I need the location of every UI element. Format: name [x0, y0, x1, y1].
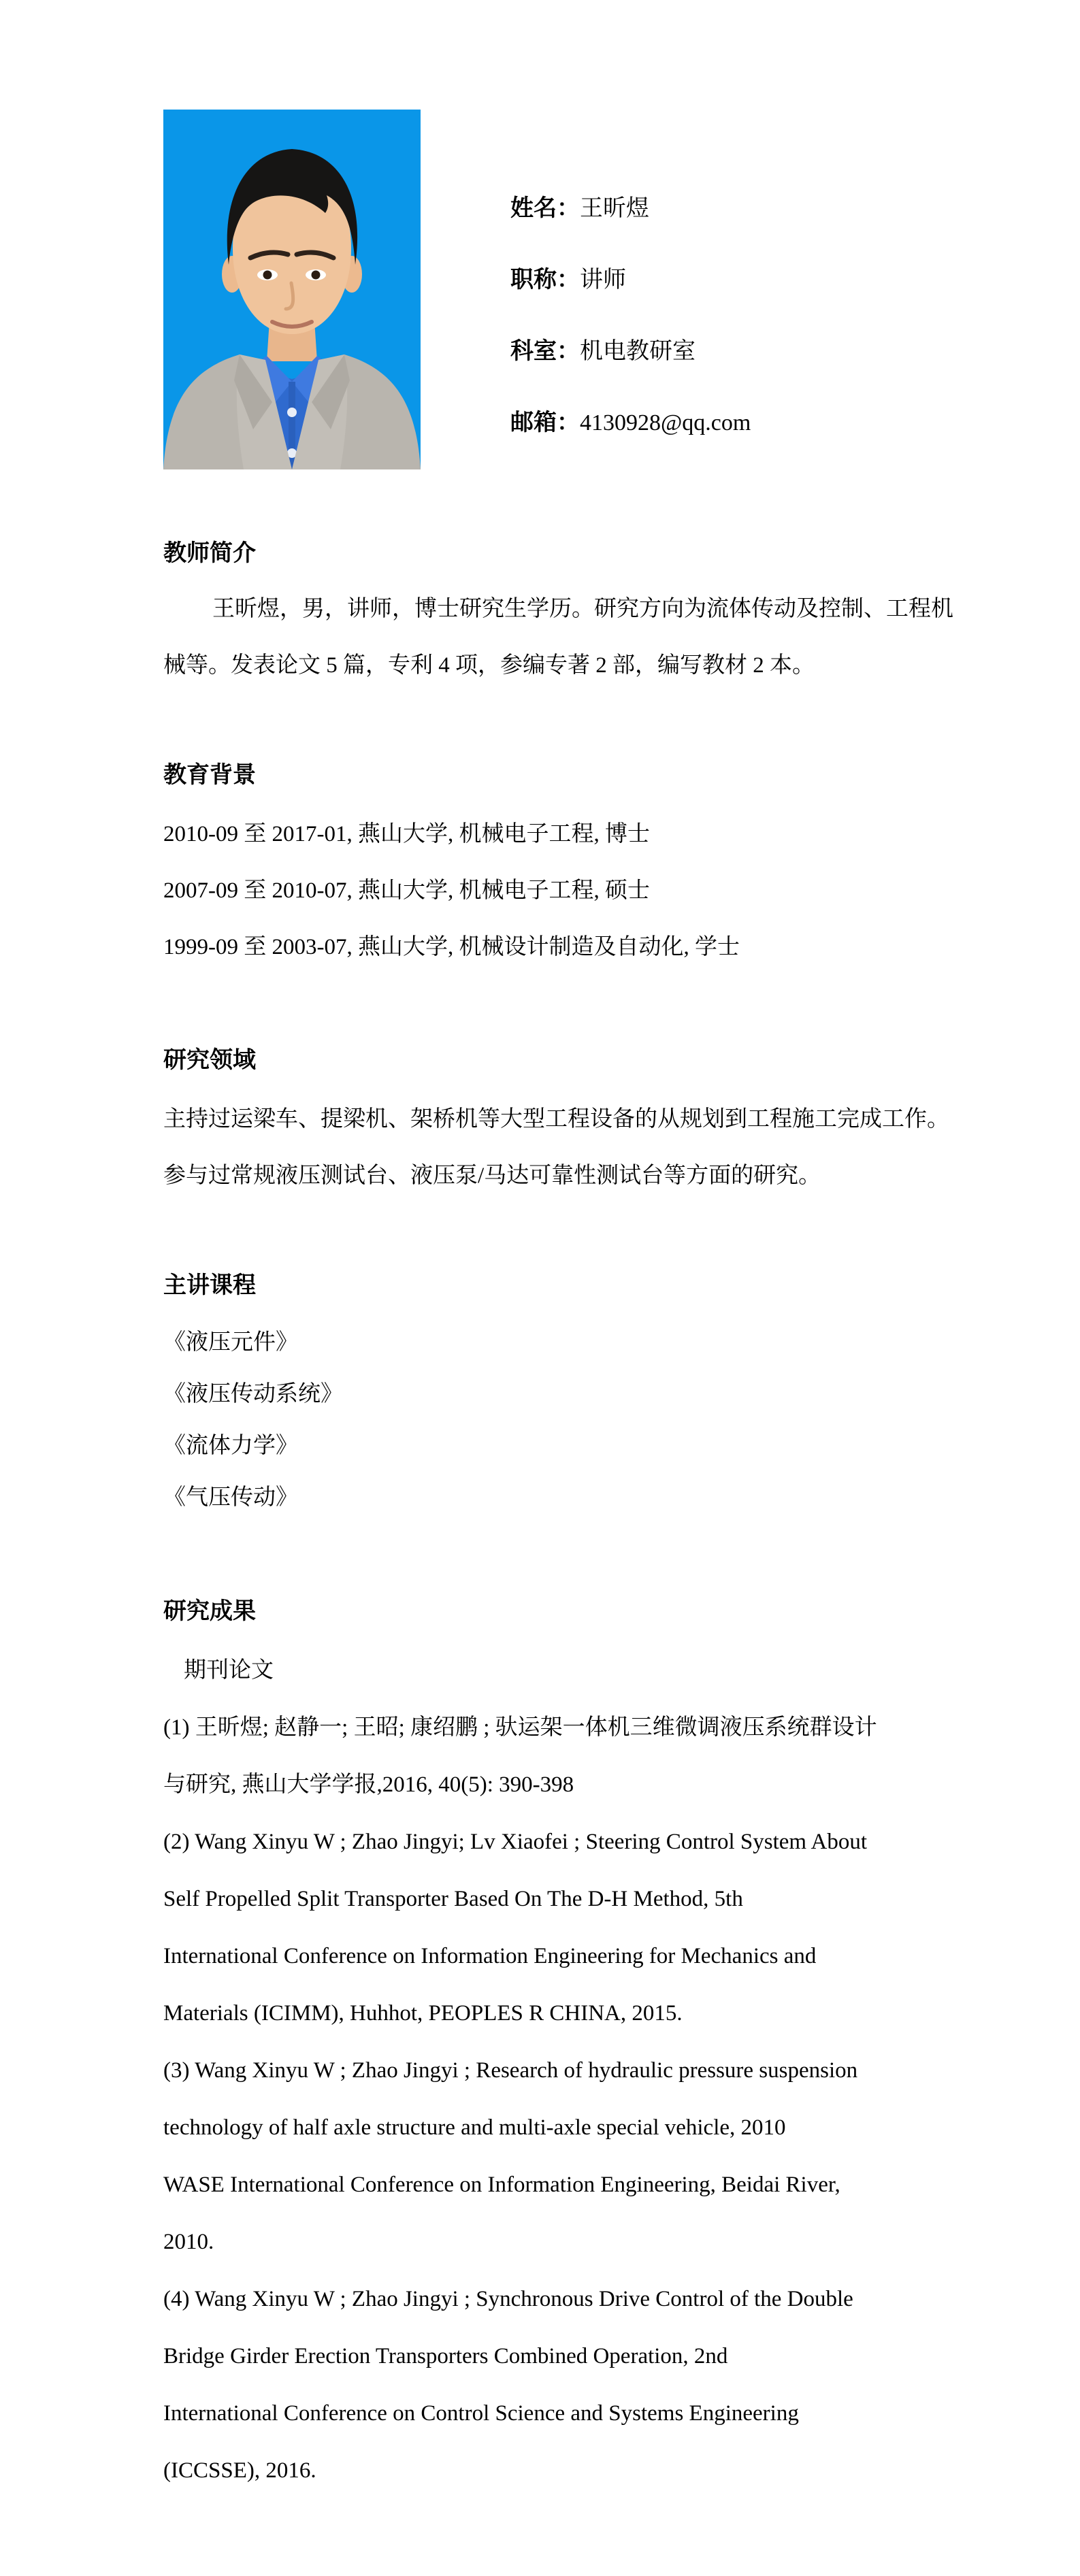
profile-sections: 教师简介 王昕煜，男，讲师，博士研究生学历。研究方向为流体传动及控制、工程机 械… — [163, 469, 932, 2499]
email-label: 邮箱： — [510, 410, 580, 435]
title-label: 职称： — [510, 267, 580, 293]
publication-line: technology of half axle structure and mu… — [163, 2099, 932, 2156]
research-line: 主持过运梁车、提梁机、架桥机等大型工程设备的从规划到工程施工完成工作。 — [163, 1091, 932, 1148]
education-list: 2010-09 至 2017-01, 燕山大学, 机械电子工程, 博士 2007… — [163, 806, 932, 976]
course-item: 《气压传动》 — [163, 1472, 932, 1523]
achievements-section-title: 研究成果 — [163, 1598, 932, 1625]
intro-paragraph: 王昕煜，男，讲师，博士研究生学历。研究方向为流体传动及控制、工程机 械等。发表论… — [163, 581, 932, 694]
publication-line: International Conference on Information … — [163, 1928, 932, 1985]
section-courses: 主讲课程 《液压元件》 《液压传动系统》 《流体力学》 《气压传动》 — [163, 1272, 932, 1523]
section-education: 教育背景 2010-09 至 2017-01, 燕山大学, 机械电子工程, 博士… — [163, 762, 932, 976]
department-label: 科室： — [510, 339, 580, 364]
faculty-profile-page: 姓名：王昕煜 职称：讲师 科室：机电教研室 邮箱：4130928@qq.com … — [0, 0, 1080, 2576]
intro-line: 王昕煜，男，讲师，博士研究生学历。研究方向为流体传动及控制、工程机 — [163, 581, 932, 638]
info-row-email: 邮箱：4130928@qq.com — [510, 410, 751, 437]
profile-header: 姓名：王昕煜 职称：讲师 科室：机电教研室 邮箱：4130928@qq.com — [163, 110, 751, 481]
publication-line: WASE International Conference on Informa… — [163, 2156, 932, 2213]
publication-line: (4) Wang Xinyu W ; Zhao Jingyi ; Synchro… — [163, 2270, 932, 2328]
title-value: 讲师 — [580, 267, 626, 293]
publication-line: Bridge Girder Erection Transporters Comb… — [163, 2328, 932, 2385]
education-section-title: 教育背景 — [163, 762, 932, 789]
section-research-areas: 研究领域 主持过运梁车、提梁机、架桥机等大型工程设备的从规划到工程施工完成工作。… — [163, 1047, 932, 1204]
name-value: 王昕煜 — [580, 196, 649, 221]
publication-line: 与研究, 燕山大学学报,2016, 40(5): 390-398 — [163, 1756, 932, 1813]
journal-papers-subtitle: 期刊论文 — [163, 1642, 932, 1699]
intro-section-title: 教师简介 — [163, 540, 932, 567]
research-section-title: 研究领域 — [163, 1047, 932, 1074]
education-item: 1999-09 至 2003-07, 燕山大学, 机械设计制造及自动化, 学士 — [163, 919, 932, 976]
publication-line: International Conference on Control Scie… — [163, 2385, 932, 2442]
portrait-photo — [163, 110, 421, 469]
publication-line: 2010. — [163, 2213, 932, 2270]
publication-line: (2) Wang Xinyu W ; Zhao Jingyi; Lv Xiaof… — [163, 1813, 932, 1870]
publication-line: (3) Wang Xinyu W ; Zhao Jingyi ; Researc… — [163, 2042, 932, 2099]
info-row-title: 职称：讲师 — [510, 267, 751, 294]
section-achievements: 研究成果 期刊论文 (1) 王昕煜; 赵静一; 王昭; 康绍鹏 ; 驮运架一体机… — [163, 1598, 932, 2499]
research-paragraphs: 主持过运梁车、提梁机、架桥机等大型工程设备的从规划到工程施工完成工作。 参与过常… — [163, 1091, 932, 1204]
course-item: 《流体力学》 — [163, 1420, 932, 1472]
course-item: 《液压元件》 — [163, 1317, 932, 1368]
education-item: 2007-09 至 2010-07, 燕山大学, 机械电子工程, 硕士 — [163, 863, 932, 919]
publication-line: Materials (ICIMM), Huhhot, PEOPLES R CHI… — [163, 1985, 932, 2042]
course-item: 《液压传动系统》 — [163, 1368, 932, 1420]
courses-section-title: 主讲课程 — [163, 1272, 932, 1300]
info-row-department: 科室：机电教研室 — [510, 338, 751, 365]
education-item: 2010-09 至 2017-01, 燕山大学, 机械电子工程, 博士 — [163, 806, 932, 863]
name-label: 姓名： — [510, 196, 580, 221]
info-row-name: 姓名：王昕煜 — [510, 195, 751, 222]
publication-line: Self Propelled Split Transporter Based O… — [163, 1870, 932, 1928]
basic-info-list: 姓名：王昕煜 职称：讲师 科室：机电教研室 邮箱：4130928@qq.com — [510, 110, 751, 481]
publication-line: (1) 王昕煜; 赵静一; 王昭; 康绍鹏 ; 驮运架一体机三维微调液压系统群设… — [163, 1699, 932, 1756]
courses-list: 《液压元件》 《液压传动系统》 《流体力学》 《气压传动》 — [163, 1317, 932, 1523]
publication-line: (ICCSSE), 2016. — [163, 2442, 932, 2499]
portrait-photo-illustration — [163, 110, 421, 469]
department-value: 机电教研室 — [580, 339, 696, 364]
intro-line: 械等。发表论文 5 篇，专利 4 项，参编专著 2 部，编写教材 2 本。 — [163, 638, 932, 694]
email-value: 4130928@qq.com — [580, 410, 751, 435]
publications-list: (1) 王昕煜; 赵静一; 王昭; 康绍鹏 ; 驮运架一体机三维微调液压系统群设… — [163, 1699, 932, 2499]
section-intro: 教师简介 王昕煜，男，讲师，博士研究生学历。研究方向为流体传动及控制、工程机 械… — [163, 540, 932, 694]
research-line: 参与过常规液压测试台、液压泵/马达可靠性测试台等方面的研究。 — [163, 1148, 932, 1204]
